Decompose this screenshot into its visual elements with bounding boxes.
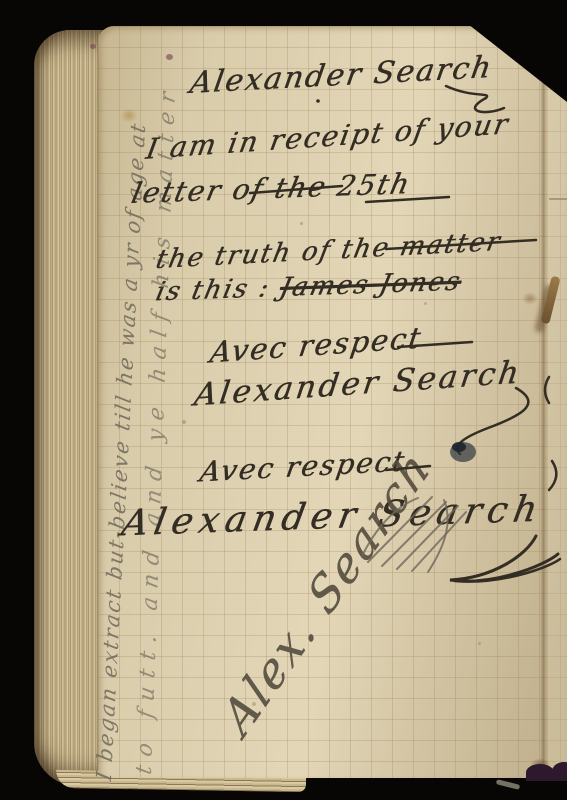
pencil-scribble (362, 497, 466, 572)
ink-strokes (250, 86, 560, 582)
cover-edge-bump (526, 764, 554, 781)
ink-blot (450, 442, 476, 462)
notebook-photo: I began extract but-believe till he was … (0, 0, 567, 800)
ink-flourish-strokes (0, 0, 567, 800)
cover-edge-bump (552, 762, 567, 781)
